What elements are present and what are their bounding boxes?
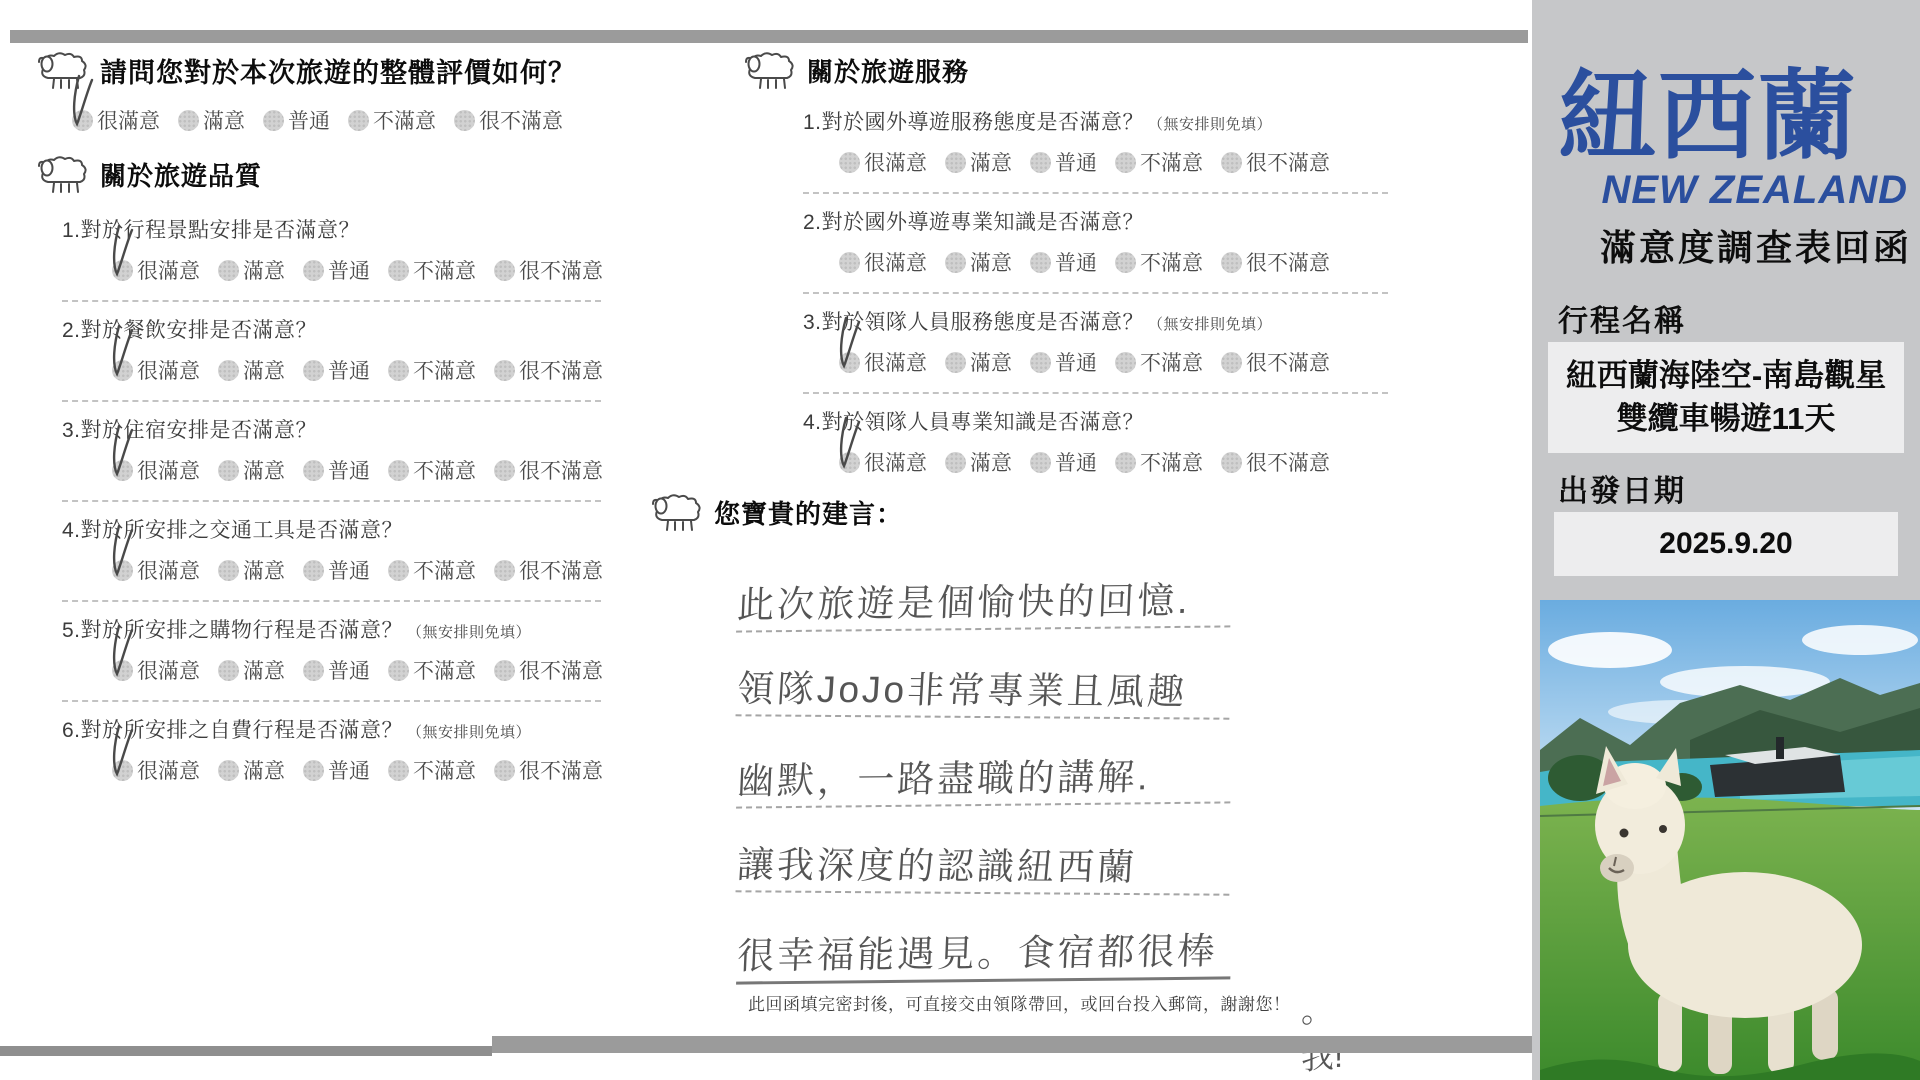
question-number: 3. <box>62 419 81 442</box>
option-label: 滿意 <box>970 147 1012 177</box>
option-label: 滿意 <box>243 355 285 385</box>
question-divider <box>62 300 601 302</box>
option-label: 很不滿意 <box>519 455 603 485</box>
option-很滿意[interactable]: 很滿意 <box>112 655 200 685</box>
question-number: 1. <box>62 219 81 242</box>
radio-circle-icon[interactable] <box>1115 152 1136 173</box>
option-label: 很滿意 <box>137 655 200 685</box>
question-block: 4.對於領隊人員專業知識是否滿意？ 很滿意滿意普通不滿意很不滿意 <box>803 406 1345 480</box>
option-很滿意[interactable]: 很滿意 <box>839 347 927 377</box>
radio-circle-icon[interactable] <box>218 560 239 581</box>
question-text: 對於所安排之購物行程是否滿意？ <box>81 619 404 642</box>
option-滿意[interactable]: 滿意 <box>218 555 285 585</box>
option-不滿意[interactable]: 不滿意 <box>1115 247 1203 277</box>
option-不滿意[interactable]: 不滿意 <box>388 555 476 585</box>
question-divider <box>62 600 601 602</box>
question-text: 對於餐飲安排是否滿意？ <box>81 319 318 342</box>
handwritten-comment-line: 領隊JoJo非常專業且風趣 <box>735 628 1234 719</box>
radio-circle-icon[interactable] <box>303 260 324 281</box>
question-number: 2. <box>803 211 822 234</box>
option-label: 很不滿意 <box>519 355 603 385</box>
question-block: 3.對於領隊人員服務態度是否滿意？（無安排則免填） 很滿意滿意普通不滿意很不滿意 <box>803 306 1345 394</box>
option-label: 普通 <box>328 755 370 785</box>
question-note: （無安排則免填） <box>1148 116 1272 133</box>
option-很不滿意[interactable]: 很不滿意 <box>494 455 603 485</box>
radio-circle-icon[interactable] <box>112 260 133 281</box>
question-number: 4. <box>62 519 81 542</box>
option-很不滿意[interactable]: 很不滿意 <box>494 755 603 785</box>
option-很滿意[interactable]: 很滿意 <box>112 555 200 585</box>
option-很不滿意[interactable]: 很不滿意 <box>1221 347 1330 377</box>
options-row: 很滿意滿意普通不滿意很不滿意 <box>62 252 648 288</box>
question-text: 對於領隊人員專業知識是否滿意？ <box>822 411 1145 434</box>
question-number: 4. <box>803 411 822 434</box>
radio-circle-icon[interactable] <box>494 460 515 481</box>
options-row: 很滿意滿意普通不滿意很不滿意 <box>62 452 648 488</box>
overall-question-text: 請問您對於本次旅遊的整體評價如何？ <box>100 51 576 90</box>
options-row: 很滿意滿意普通不滿意很不滿意 <box>62 552 648 588</box>
radio-circle-icon[interactable] <box>1030 252 1051 273</box>
option-普通[interactable]: 普通 <box>1030 147 1097 177</box>
service-section-title: 關於旅遊服務 <box>807 52 969 89</box>
option-不滿意[interactable]: 不滿意 <box>388 755 476 785</box>
sheep-icon <box>38 154 88 194</box>
option-label: 很滿意 <box>137 255 200 285</box>
option-滿意[interactable]: 滿意 <box>945 147 1012 177</box>
radio-circle-icon[interactable] <box>1030 352 1051 373</box>
option-很不滿意[interactable]: 很不滿意 <box>494 655 603 685</box>
options-row: 很滿意滿意普通不滿意很不滿意 <box>62 752 648 788</box>
bottom-divider-bar-left <box>0 1046 492 1056</box>
option-label: 滿意 <box>970 347 1012 377</box>
radio-circle-icon[interactable] <box>218 660 239 681</box>
radio-circle-icon[interactable] <box>945 252 966 273</box>
option-不滿意[interactable]: 不滿意 <box>388 455 476 485</box>
radio-circle-icon[interactable] <box>218 360 239 381</box>
radio-circle-icon[interactable] <box>303 560 324 581</box>
option-不滿意[interactable]: 不滿意 <box>388 355 476 385</box>
option-很不滿意[interactable]: 很不滿意 <box>494 255 603 285</box>
option-label: 很滿意 <box>97 105 160 135</box>
option-label: 滿意 <box>243 555 285 585</box>
radio-circle-icon[interactable] <box>945 352 966 373</box>
option-label: 滿意 <box>243 755 285 785</box>
option-label: 很不滿意 <box>519 555 603 585</box>
question-text: 對於住宿安排是否滿意？ <box>81 419 318 442</box>
option-label: 普通 <box>1055 347 1097 377</box>
trip-name-value: 紐西蘭海陸空-南島觀星 雙纜車暢遊11天 <box>1548 342 1904 453</box>
radio-circle-icon[interactable] <box>1221 252 1242 273</box>
option-不滿意[interactable]: 不滿意 <box>1115 347 1203 377</box>
option-label: 滿意 <box>243 655 285 685</box>
option-label: 很不滿意 <box>1246 347 1330 377</box>
radio-circle-icon[interactable] <box>178 110 199 131</box>
radio-circle-icon[interactable] <box>388 360 409 381</box>
options-row: 很滿意滿意普通不滿意很不滿意 <box>803 344 1345 380</box>
handwritten-comment-line: 很幸福能遇見。食宿都很棒 <box>736 891 1234 984</box>
comments-section: 您寶貴的建言： 此次旅遊是個愉快的回憶.領隊JoJo非常專業且風趣幽默，一路盡職… <box>652 492 1237 1078</box>
option-很滿意[interactable]: 很滿意 <box>112 455 200 485</box>
departure-date-label: 出發日期 <box>1558 466 1686 510</box>
question-note: （無安排則免填） <box>407 624 531 641</box>
question-divider <box>803 192 1388 194</box>
option-不滿意[interactable]: 不滿意 <box>348 105 436 135</box>
radio-circle-icon[interactable] <box>388 560 409 581</box>
option-label: 很滿意 <box>864 447 927 477</box>
radio-circle-icon[interactable] <box>494 660 515 681</box>
option-滿意[interactable]: 滿意 <box>218 255 285 285</box>
question-divider <box>62 500 601 502</box>
option-label: 很不滿意 <box>519 255 603 285</box>
option-很不滿意[interactable]: 很不滿意 <box>454 105 563 135</box>
options-row: 很滿意滿意普通不滿意很不滿意 <box>803 244 1345 280</box>
option-滿意[interactable]: 滿意 <box>218 355 285 385</box>
handwritten-comment-line: 讓我深度的認識紐西蘭 <box>735 804 1234 895</box>
option-label: 滿意 <box>970 247 1012 277</box>
radio-circle-icon[interactable] <box>1115 452 1136 473</box>
option-滿意[interactable]: 滿意 <box>945 347 1012 377</box>
option-普通[interactable]: 普通 <box>303 455 370 485</box>
option-label: 很不滿意 <box>519 655 603 685</box>
question-block: 3.對於住宿安排是否滿意？ 很滿意滿意普通不滿意很不滿意 <box>62 414 648 502</box>
radio-circle-icon[interactable] <box>218 760 239 781</box>
radio-circle-icon[interactable] <box>1221 452 1242 473</box>
radio-circle-icon[interactable] <box>839 152 860 173</box>
question-block: 2.對於餐飲安排是否滿意？ 很滿意滿意普通不滿意很不滿意 <box>62 314 648 402</box>
option-不滿意[interactable]: 不滿意 <box>388 255 476 285</box>
handwritten-comment-line: 幽默，一路盡職的講解. <box>736 715 1234 808</box>
quality-section-heading: 關於旅遊品質 <box>38 154 648 194</box>
radio-circle-icon[interactable] <box>454 110 475 131</box>
option-很不滿意[interactable]: 很不滿意 <box>1221 147 1330 177</box>
question-text: 對於行程景點安排是否滿意？ <box>81 219 361 242</box>
option-label: 很不滿意 <box>519 755 603 785</box>
question-divider <box>62 700 601 702</box>
option-滿意[interactable]: 滿意 <box>945 447 1012 477</box>
option-label: 不滿意 <box>1140 247 1203 277</box>
radio-circle-icon[interactable] <box>945 152 966 173</box>
question-block: 6.對於所安排之自費行程是否滿意？（無安排則免填） 很滿意滿意普通不滿意很不滿意 <box>62 714 648 788</box>
radio-circle-icon[interactable] <box>388 260 409 281</box>
radio-circle-icon[interactable] <box>494 560 515 581</box>
radio-circle-icon[interactable] <box>112 360 133 381</box>
sheep-icon <box>38 50 88 90</box>
option-很滿意[interactable]: 很滿意 <box>839 247 927 277</box>
option-label: 很不滿意 <box>1246 447 1330 477</box>
option-很滿意[interactable]: 很滿意 <box>112 355 200 385</box>
question-text: 對於領隊人員服務態度是否滿意？ <box>822 311 1145 334</box>
question-number: 1. <box>803 111 822 134</box>
overall-question-heading: 請問您對於本次旅遊的整體評價如何？ <box>38 50 648 90</box>
options-row: 很滿意滿意普通不滿意很不滿意 <box>803 444 1345 480</box>
radio-circle-icon[interactable] <box>388 760 409 781</box>
radio-circle-icon[interactable] <box>945 452 966 473</box>
info-sidebar: 紐西蘭 NEW ZEALAND 滿意度調查表回函 行程名稱 紐西蘭海陸空-南島觀… <box>1532 0 1920 1080</box>
option-不滿意[interactable]: 不滿意 <box>1115 447 1203 477</box>
option-普通[interactable]: 普通 <box>1030 447 1097 477</box>
question-note: （無安排則免填） <box>1148 316 1272 333</box>
question-text: 對於所安排之自費行程是否滿意？ <box>81 719 404 742</box>
option-label: 不滿意 <box>373 105 436 135</box>
question-block: 1.對於國外導遊服務態度是否滿意？（無安排則免填） 很滿意滿意普通不滿意很不滿意 <box>803 106 1345 194</box>
radio-circle-icon[interactable] <box>348 110 369 131</box>
option-普通[interactable]: 普通 <box>303 355 370 385</box>
option-label: 很滿意 <box>864 247 927 277</box>
options-row: 很滿意滿意普通不滿意很不滿意 <box>62 352 648 388</box>
radio-circle-icon[interactable] <box>112 560 133 581</box>
handwriting-overflow: 。我! <box>1301 982 1343 1079</box>
option-很不滿意[interactable]: 很不滿意 <box>494 355 603 385</box>
option-label: 普通 <box>1055 247 1097 277</box>
return-instructions: 此回函填完密封後，可直接交由領隊帶回，或回台投入郵筒，謝謝您！ <box>748 990 1291 1015</box>
question-note: （無安排則免填） <box>407 724 531 741</box>
alpaca-photo <box>1540 600 1920 1080</box>
comments-title: 您寶貴的建言： <box>714 494 903 531</box>
radio-circle-icon[interactable] <box>112 660 133 681</box>
option-label: 不滿意 <box>413 455 476 485</box>
radio-circle-icon[interactable] <box>494 360 515 381</box>
departure-date-value: 2025.9.20 <box>1554 512 1898 576</box>
option-普通[interactable]: 普通 <box>303 655 370 685</box>
option-label: 不滿意 <box>1140 447 1203 477</box>
radio-circle-icon[interactable] <box>112 460 133 481</box>
radio-circle-icon[interactable] <box>112 760 133 781</box>
question-divider <box>803 292 1388 294</box>
option-滿意[interactable]: 滿意 <box>218 655 285 685</box>
radio-circle-icon[interactable] <box>388 660 409 681</box>
quality-section-title: 關於旅遊品質 <box>100 156 262 193</box>
service-section-heading: 關於旅遊服務 <box>745 50 1345 90</box>
option-很滿意[interactable]: 很滿意 <box>839 147 927 177</box>
option-普通[interactable]: 普通 <box>1030 347 1097 377</box>
radio-circle-icon[interactable] <box>1115 352 1136 373</box>
option-label: 普通 <box>1055 147 1097 177</box>
destination-title-en: NEW ZEALAND <box>1601 168 1908 213</box>
radio-circle-icon[interactable] <box>303 360 324 381</box>
option-label: 很滿意 <box>137 455 200 485</box>
option-label: 很不滿意 <box>1246 247 1330 277</box>
radio-circle-icon[interactable] <box>388 460 409 481</box>
question-number: 3. <box>803 311 822 334</box>
option-label: 普通 <box>328 255 370 285</box>
radio-circle-icon[interactable] <box>303 460 324 481</box>
bottom-divider-bar-right <box>492 1036 1532 1053</box>
option-普通[interactable]: 普通 <box>303 255 370 285</box>
option-label: 很滿意 <box>137 355 200 385</box>
option-label: 不滿意 <box>1140 347 1203 377</box>
option-label: 普通 <box>288 105 330 135</box>
option-普通[interactable]: 普通 <box>303 555 370 585</box>
option-普通[interactable]: 普通 <box>263 105 330 135</box>
options-row: 很滿意滿意普通不滿意很不滿意 <box>803 144 1345 180</box>
radio-circle-icon[interactable] <box>1221 152 1242 173</box>
service-question-list: 1.對於國外導遊服務態度是否滿意？（無安排則免填） 很滿意滿意普通不滿意很不滿意… <box>745 106 1345 480</box>
option-label: 不滿意 <box>413 355 476 385</box>
comments-heading: 您寶貴的建言： <box>652 492 1237 532</box>
option-label: 普通 <box>328 355 370 385</box>
option-滿意[interactable]: 滿意 <box>218 455 285 485</box>
option-label: 不滿意 <box>1140 147 1203 177</box>
option-不滿意[interactable]: 不滿意 <box>388 655 476 685</box>
radio-circle-icon[interactable] <box>263 110 284 131</box>
question-number: 6. <box>62 719 81 742</box>
trip-name-line2: 雙纜車暢遊11天 <box>1552 397 1900 440</box>
radio-circle-icon[interactable] <box>303 660 324 681</box>
option-label: 很滿意 <box>137 755 200 785</box>
option-label: 很不滿意 <box>479 105 563 135</box>
handwritten-comment-line: 此次旅遊是個愉快的回憶. <box>736 539 1234 632</box>
option-label: 滿意 <box>970 447 1012 477</box>
radio-circle-icon[interactable] <box>1030 452 1051 473</box>
sheep-icon <box>652 492 702 532</box>
radio-circle-icon[interactable] <box>839 352 860 373</box>
radio-circle-icon[interactable] <box>839 252 860 273</box>
option-label: 很滿意 <box>864 147 927 177</box>
question-block: 1.對於行程景點安排是否滿意？ 很滿意滿意普通不滿意很不滿意 <box>62 214 648 302</box>
option-label: 普通 <box>328 555 370 585</box>
option-label: 普通 <box>328 455 370 485</box>
question-text: 對於國外導遊專業知識是否滿意？ <box>822 211 1145 234</box>
form-subtitle: 滿意度調查表回函 <box>1600 220 1912 271</box>
destination-title-zh: 紐西蘭 <box>1558 38 1858 179</box>
option-label: 不滿意 <box>413 555 476 585</box>
option-滿意[interactable]: 滿意 <box>945 247 1012 277</box>
option-很滿意[interactable]: 很滿意 <box>839 447 927 477</box>
option-label: 滿意 <box>203 105 245 135</box>
trip-name-line1: 紐西蘭海陸空-南島觀星 <box>1552 354 1900 397</box>
question-block: 4.對於所安排之交通工具是否滿意？ 很滿意滿意普通不滿意很不滿意 <box>62 514 648 602</box>
option-label: 很滿意 <box>864 347 927 377</box>
radio-circle-icon[interactable] <box>839 452 860 473</box>
radio-circle-icon[interactable] <box>72 110 93 131</box>
question-block: 2.對於國外導遊專業知識是否滿意？ 很滿意滿意普通不滿意很不滿意 <box>803 206 1345 294</box>
question-block: 5.對於所安排之購物行程是否滿意？（無安排則免填） 很滿意滿意普通不滿意很不滿意 <box>62 614 648 702</box>
option-普通[interactable]: 普通 <box>303 755 370 785</box>
radio-circle-icon[interactable] <box>218 460 239 481</box>
top-divider-bar <box>10 30 1528 43</box>
option-很不滿意[interactable]: 很不滿意 <box>1221 247 1330 277</box>
option-很滿意[interactable]: 很滿意 <box>112 755 200 785</box>
question-number: 5. <box>62 619 81 642</box>
comments-footer-row: 此回函填完密封後，可直接交由領隊帶回，或回台投入郵筒，謝謝您！ 。我! <box>748 990 1237 1078</box>
service-column: 關於旅遊服務 1.對於國外導遊服務態度是否滿意？（無安排則免填） 很滿意滿意普通… <box>745 50 1345 492</box>
radio-circle-icon[interactable] <box>218 260 239 281</box>
option-很滿意[interactable]: 很滿意 <box>72 105 160 135</box>
option-不滿意[interactable]: 不滿意 <box>1115 147 1203 177</box>
option-label: 不滿意 <box>413 655 476 685</box>
sheep-icon <box>745 50 795 90</box>
option-label: 很滿意 <box>137 555 200 585</box>
handwritten-comment-area: 此次旅遊是個愉快的回憶.領隊JoJo非常專業且風趣幽默，一路盡職的講解.讓我深度… <box>738 542 1232 982</box>
radio-circle-icon[interactable] <box>1030 152 1051 173</box>
question-number: 2. <box>62 319 81 342</box>
option-label: 很不滿意 <box>1246 147 1330 177</box>
trip-name-label: 行程名稱 <box>1558 296 1686 340</box>
option-label: 普通 <box>1055 447 1097 477</box>
option-很不滿意[interactable]: 很不滿意 <box>494 555 603 585</box>
radio-circle-icon[interactable] <box>1115 252 1136 273</box>
option-很滿意[interactable]: 很滿意 <box>112 255 200 285</box>
option-很不滿意[interactable]: 很不滿意 <box>1221 447 1330 477</box>
options-row: 很滿意滿意普通不滿意很不滿意 <box>62 652 648 688</box>
question-divider <box>62 400 601 402</box>
radio-circle-icon[interactable] <box>1221 352 1242 373</box>
option-label: 滿意 <box>243 255 285 285</box>
question-divider <box>803 392 1388 394</box>
option-普通[interactable]: 普通 <box>1030 247 1097 277</box>
option-label: 不滿意 <box>413 255 476 285</box>
question-text: 對於國外導遊服務態度是否滿意？ <box>822 111 1145 134</box>
option-滿意[interactable]: 滿意 <box>218 755 285 785</box>
overall-options-row: 很滿意滿意普通不滿意很不滿意 <box>72 102 648 138</box>
radio-circle-icon[interactable] <box>494 260 515 281</box>
radio-circle-icon[interactable] <box>303 760 324 781</box>
radio-circle-icon[interactable] <box>494 760 515 781</box>
quality-question-list: 1.對於行程景點安排是否滿意？ 很滿意滿意普通不滿意很不滿意 2.對於餐飲安排是… <box>38 214 648 788</box>
option-label: 滿意 <box>243 455 285 485</box>
overall-and-quality-column: 請問您對於本次旅遊的整體評價如何？ 很滿意滿意普通不滿意很不滿意 關於旅遊品質 … <box>38 50 648 800</box>
option-滿意[interactable]: 滿意 <box>178 105 245 135</box>
option-label: 普通 <box>328 655 370 685</box>
option-label: 不滿意 <box>413 755 476 785</box>
question-text: 對於所安排之交通工具是否滿意？ <box>81 519 404 542</box>
